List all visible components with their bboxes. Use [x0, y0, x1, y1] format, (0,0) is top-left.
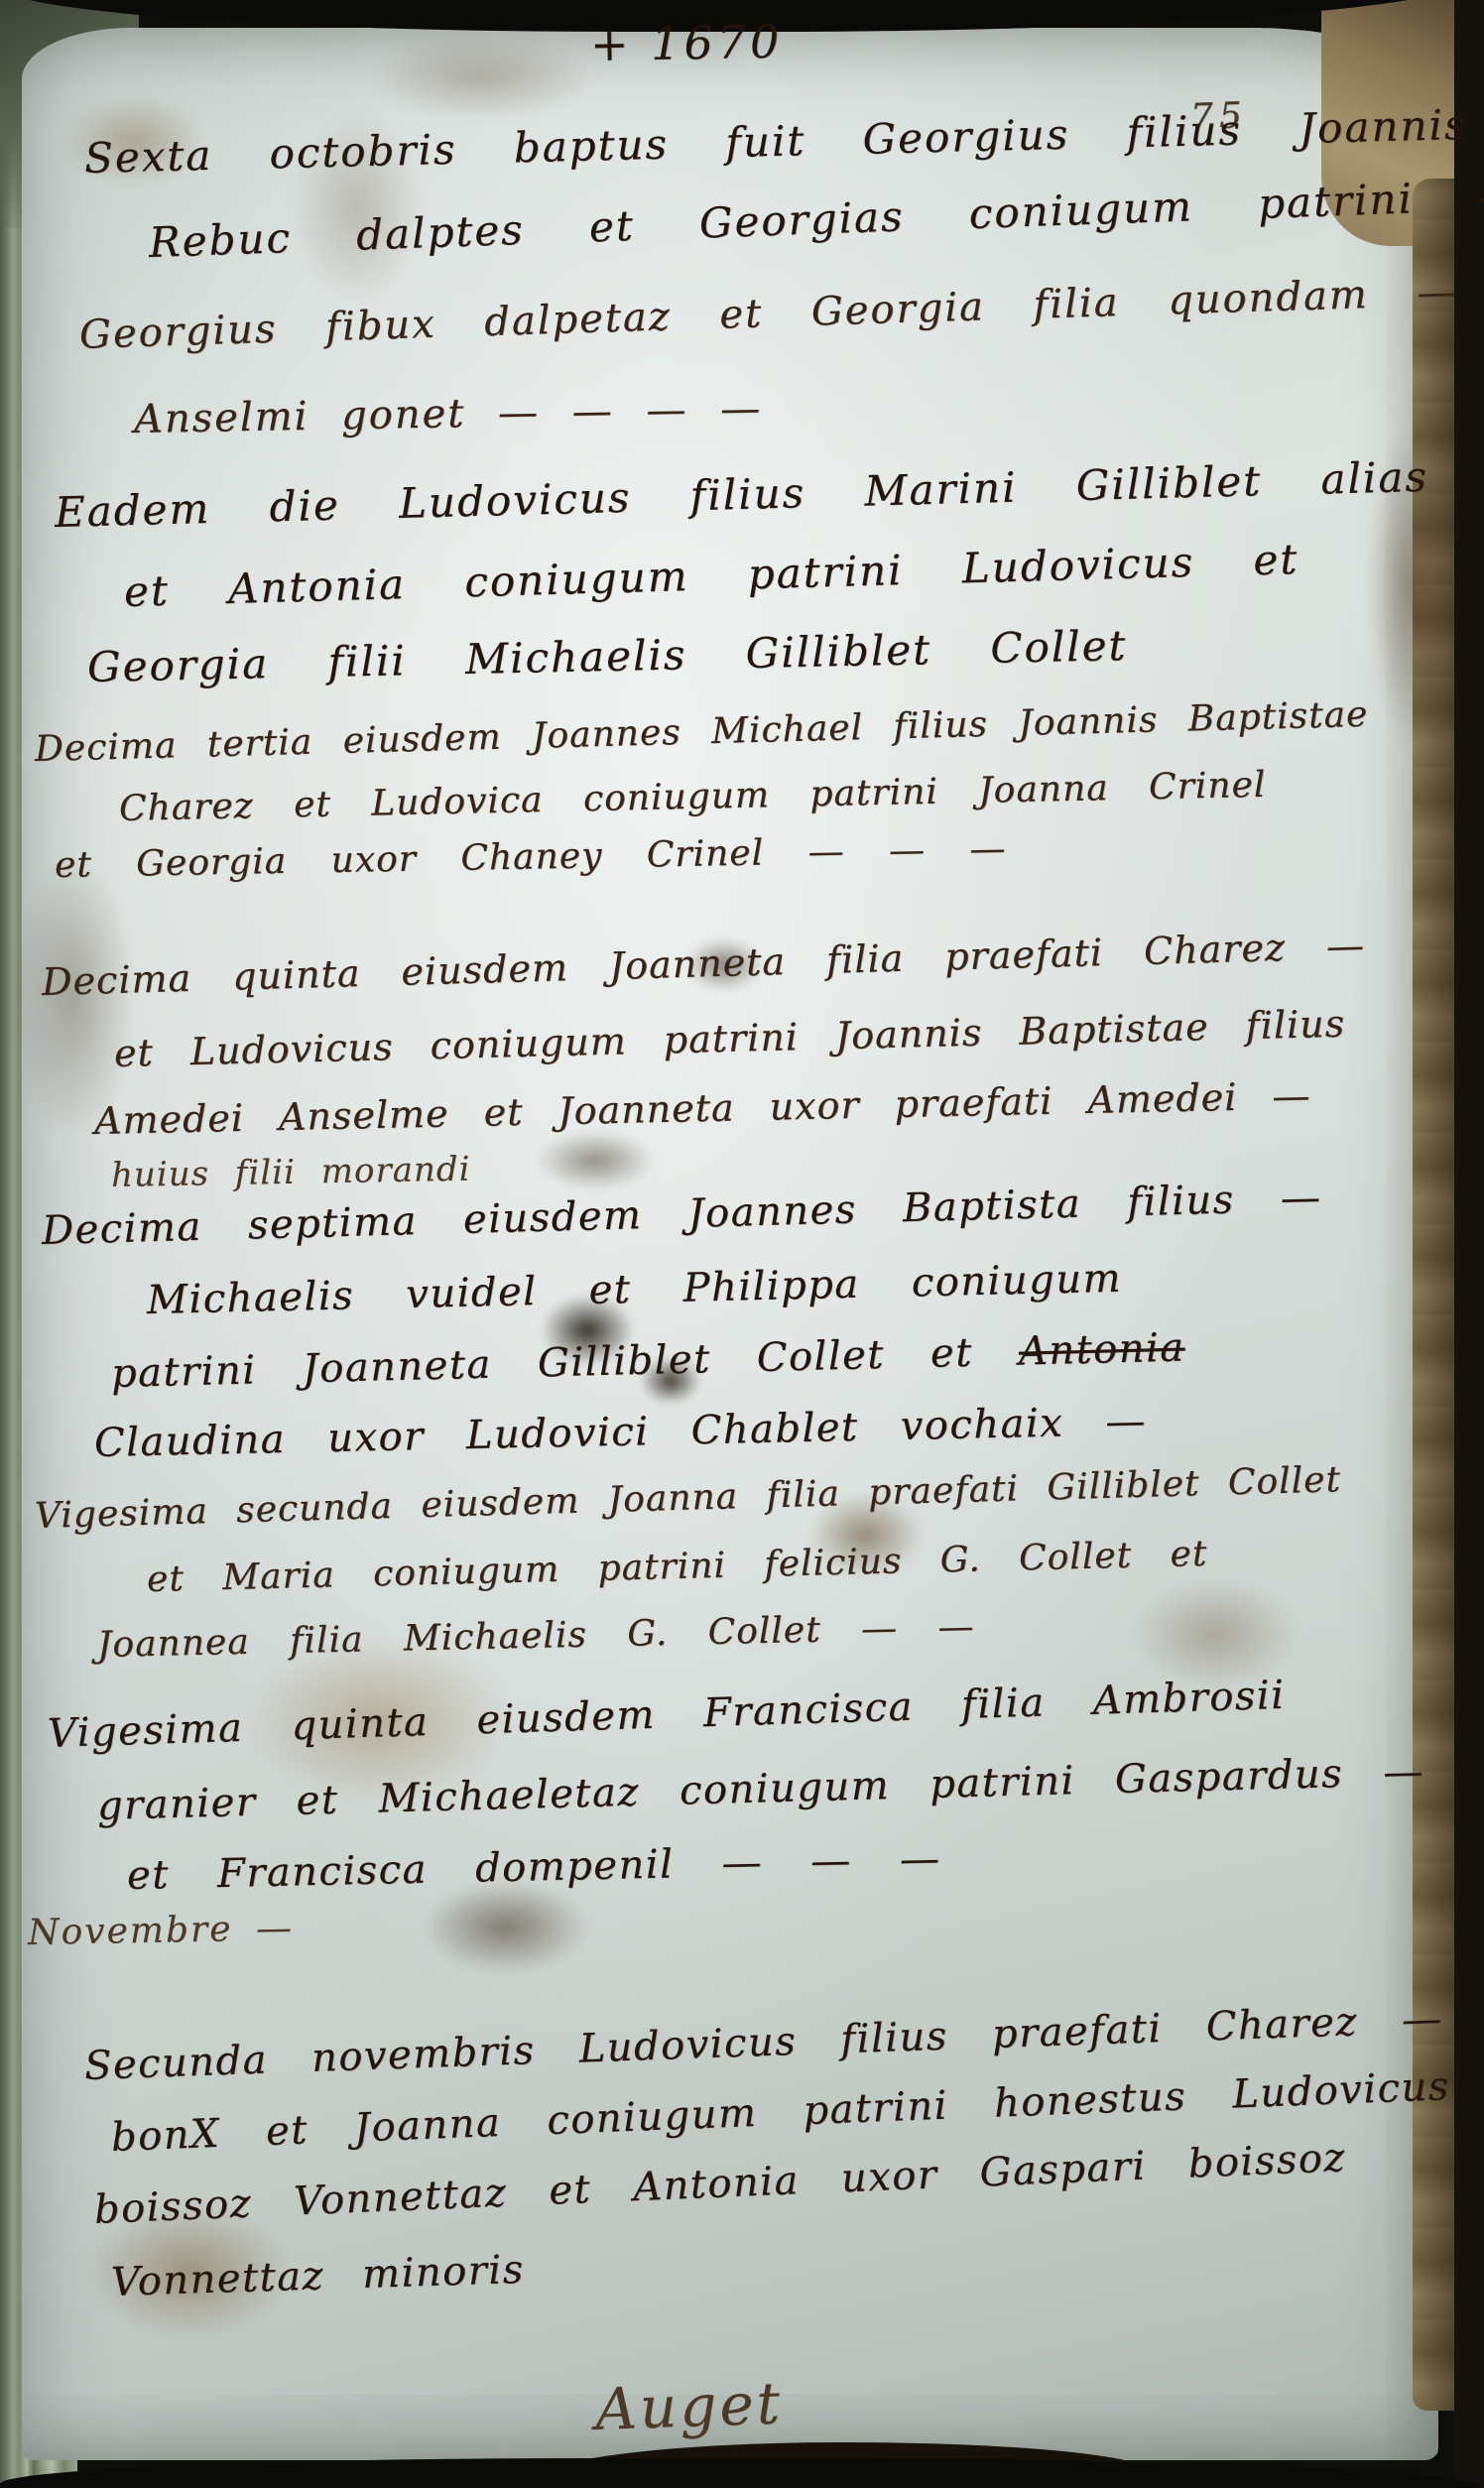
manuscript-line: huius filii morandi	[111, 1150, 471, 1195]
line-text: huius filii morandi	[111, 1150, 471, 1195]
signature-text: Auget	[594, 2369, 784, 2443]
ink-blot	[536, 1131, 655, 1190]
month-heading: Novembre —	[28, 1908, 295, 1953]
manuscript-scan: + 1670 75 Sexta octobris baptus fuit Geo…	[0, 0, 1484, 2488]
month-heading-text: Novembre —	[28, 1908, 295, 1953]
ink-stain	[422, 1880, 590, 1974]
priest-signature: Auget	[594, 2369, 784, 2443]
ink-stain	[367, 35, 595, 119]
photo-bottom-band	[0, 2458, 1484, 2488]
year-heading-text: + 1670	[590, 15, 784, 71]
photo-edge-shadow	[1454, 0, 1484, 2488]
struck-word: Antonia	[1018, 1325, 1185, 1375]
year-heading: + 1670	[590, 15, 784, 71]
